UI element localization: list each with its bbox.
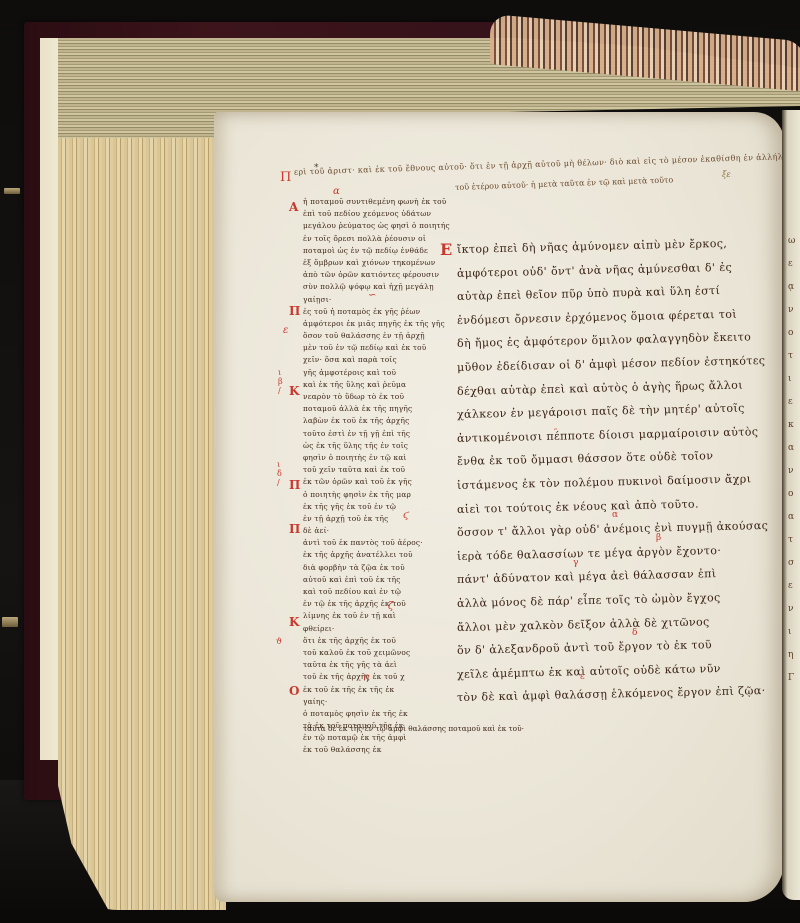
scholia-line: καὶ τοῦ πεδίου καὶ ἐν τῷ [303,586,453,598]
scholia-line: ἐξ ὄμβρων καὶ χιόνων τηκομένων [303,257,453,269]
scholia-line: σὺν πολλῷ ψόφῳ καὶ ἠχῇ μεγάλῃ [303,281,453,293]
scholia-line: φησὶν ὁ ποιητὴς ἐν τῷ καὶ [303,452,453,464]
lemma-initial: Ο [289,684,299,698]
scholia-line: τοῦ ἐκ τῆς ἀρχῆς ἐκ τοῦ χ [303,671,453,683]
rubric-mark: ε [283,325,288,336]
scholia-line: γαίης· [303,696,453,708]
scholia-line: ὡς ἐκ τῆς ὕλης τῆς ἐν τοῖς [303,440,453,452]
scholia-line: χεῖν· ὅσα καὶ παρὰ τοῖς [303,354,453,366]
scholia-line: μεγάλου ῥεύματος ὡς φησὶ ὁ ποιητής [303,220,453,232]
main-text-column: ἴκτορ ἐπεὶ δὴ νῆας ἀμύνομεν αἰπὺ μὲν ἔρκ… [457,238,785,710]
scholia-line: ἐκ τῆς ἀρχῆς ἀνατέλλει τοῦ [303,549,453,561]
rubric-mark: α [612,510,618,520]
scholia-line: ἐς τοῦ ἡ ποταμὸς ἐκ γῆς ῥέων [303,306,453,318]
main-initial: Ε [440,240,452,259]
scholia-line: φθείρει· [303,623,453,635]
scholia-line: ὁ ποταμὸς φησὶν ἐκ τῆς ἐκ [303,708,453,720]
scholia-line: ἐπὶ τοῦ πεδίου χεόμενος ὑδάτων [303,208,453,220]
rubric-mark: δ [632,628,637,638]
rubric-mark: β [656,533,661,543]
scholia-line: ταῦτα ἐκ τῆς γῆς τὰ ἀεὶ [303,659,453,671]
lemma-initial: Κ [289,615,299,629]
scholia-line: λαβὼν ἐκ τοῦ ἐκ τῆς ἀρχῆς [303,415,453,427]
scholia-line: ὅσον τοῦ θαλάσσης ἐν τῇ ἀρχῇ [303,330,453,342]
rubric-mark: η [363,672,369,683]
scholia-line: τοῦ χεῖν ταῦτα καὶ ἐκ τοῦ [303,464,453,476]
scholia-line: ἐν τῷ ἐκ τῆς ἀρχῆς ἐκ τοῦ [303,598,453,610]
scholia-line: γῆς ἀμφοτέροις καὶ τοῦ [303,367,453,379]
clasp-pin-icon [4,188,20,194]
clasp-pin-icon [2,617,18,627]
scholia-line: ἀπὸ τῶν ὀρῶν κατιόντες φέρουσιν [303,269,453,281]
scholia-line: ἡ ποταμοῦ συντιθεμένη φωνὴ ἐκ τοῦ [303,196,453,208]
marginal-number: ϑ [276,637,282,646]
facing-page-text: ω ε ᾳ ν ο τ ι ε κ α ν ο α τ σ ε ν ι η Γ [788,230,800,690]
scholia-line: ἐν τῇ ἀρχῇ τοῦ ἐκ τῆς [303,513,453,525]
scholia-line: διὰ φορβὴν τὰ ζῷα ἐκ τοῦ [303,562,453,574]
scholia-tail-line: ταῦτα δὲ ἐκ τῆς ἐν τῷ ἀμφὶ θαλάσσης ποτα… [303,724,573,733]
scholia-line: ἐκ τῶν ὀρῶν καὶ τοῦ ἐκ γῆς [303,476,453,488]
scholia-line: λίμνης ἐκ τοῦ ἐν τῇ καὶ [303,610,453,622]
rubric-mark: γ [573,558,578,568]
scholia-line: αὐτοῦ καὶ ἐπὶ τοῦ ἐκ τῆς [303,574,453,586]
scholia-line: ἀμφότεροι ἐκ μιᾶς πηγῆς ἐκ τῆς γῆς [303,318,453,330]
scholia-line: μὲν τοῦ ἐν τῷ πεδίῳ καὶ ἐκ τοῦ [303,342,453,354]
scholia-line: ὅτι ἐκ τῆς ἀρχῆς ἐκ τοῦ [303,635,453,647]
rubric-mark: ∽ [368,290,376,301]
lemma-initial: Π [289,478,300,492]
scholia-line: γαίῃσι· [303,294,453,306]
scholia-line: ἐν τοῖς ὄρεσι πολλὰ ῥέουσιν οἱ [303,233,453,245]
scholia-line: ἐκ τοῦ ἐκ τῆς ἐκ τῆς ἐκ [303,684,453,696]
scholia-line: τοῦ καλοῦ ἐκ τοῦ χειμῶνος [303,647,453,659]
lemma-initial: Α [289,200,298,214]
rubric-mark: ˶ [554,423,557,434]
scholia-line: νεαρὸν τὸ ὕδωρ τὸ ἐκ τοῦ [303,391,453,403]
scholia-line: ποταμοὶ ὡς ἐν τῷ πεδίῳ ἐνθάδε [303,245,453,257]
scholia-line: δὲ ἀεί· [303,525,453,537]
marginal-number: ι δ / [277,460,282,487]
scholia-line: ποταμοῦ ἀλλὰ ἐκ τῆς πηγῆς [303,403,453,415]
scholia-line: καὶ ἐκ τῆς ὕλης καὶ ῥεῦμα [303,379,453,391]
scholia-line: ὁ ποιητὴς φησὶν ἐκ τῆς μαρ [303,489,453,501]
lemma-initial: Π [289,304,300,318]
rubric-mark: ζ [388,601,393,612]
lemma-initial: Κ [289,384,299,398]
scholia-line: ἐν τῷ ποταμῷ ἐκ τῆς ἀμφὶ [303,732,453,744]
page-stack-fore-edge [58,80,226,910]
marginal-number: ι β / [278,368,283,395]
scholia-line: ἐκ τῆς γῆς ἐκ τοῦ ἐν τῷ [303,501,453,513]
rubric-mark: ϛ [403,510,409,521]
lemma-initial: Π [289,522,300,536]
rubric-mark: ε [580,672,585,682]
scholia-column: ἡ ποταμοῦ συντιθεμένη φωνὴ ἐκ τοῦἐπὶ τοῦ… [303,196,453,757]
scholia-line: τοῦτο ἐστὶ ἐν τῇ γῇ ἐπὶ τῆς [303,428,453,440]
folio-mark: ξε [722,170,731,179]
scholia-line: ἀντὶ τοῦ ἐκ παντὸς τοῦ ἀέρος· [303,537,453,549]
scholia-line: ἐκ τοῦ θαλάσσης ἐκ [303,744,453,756]
